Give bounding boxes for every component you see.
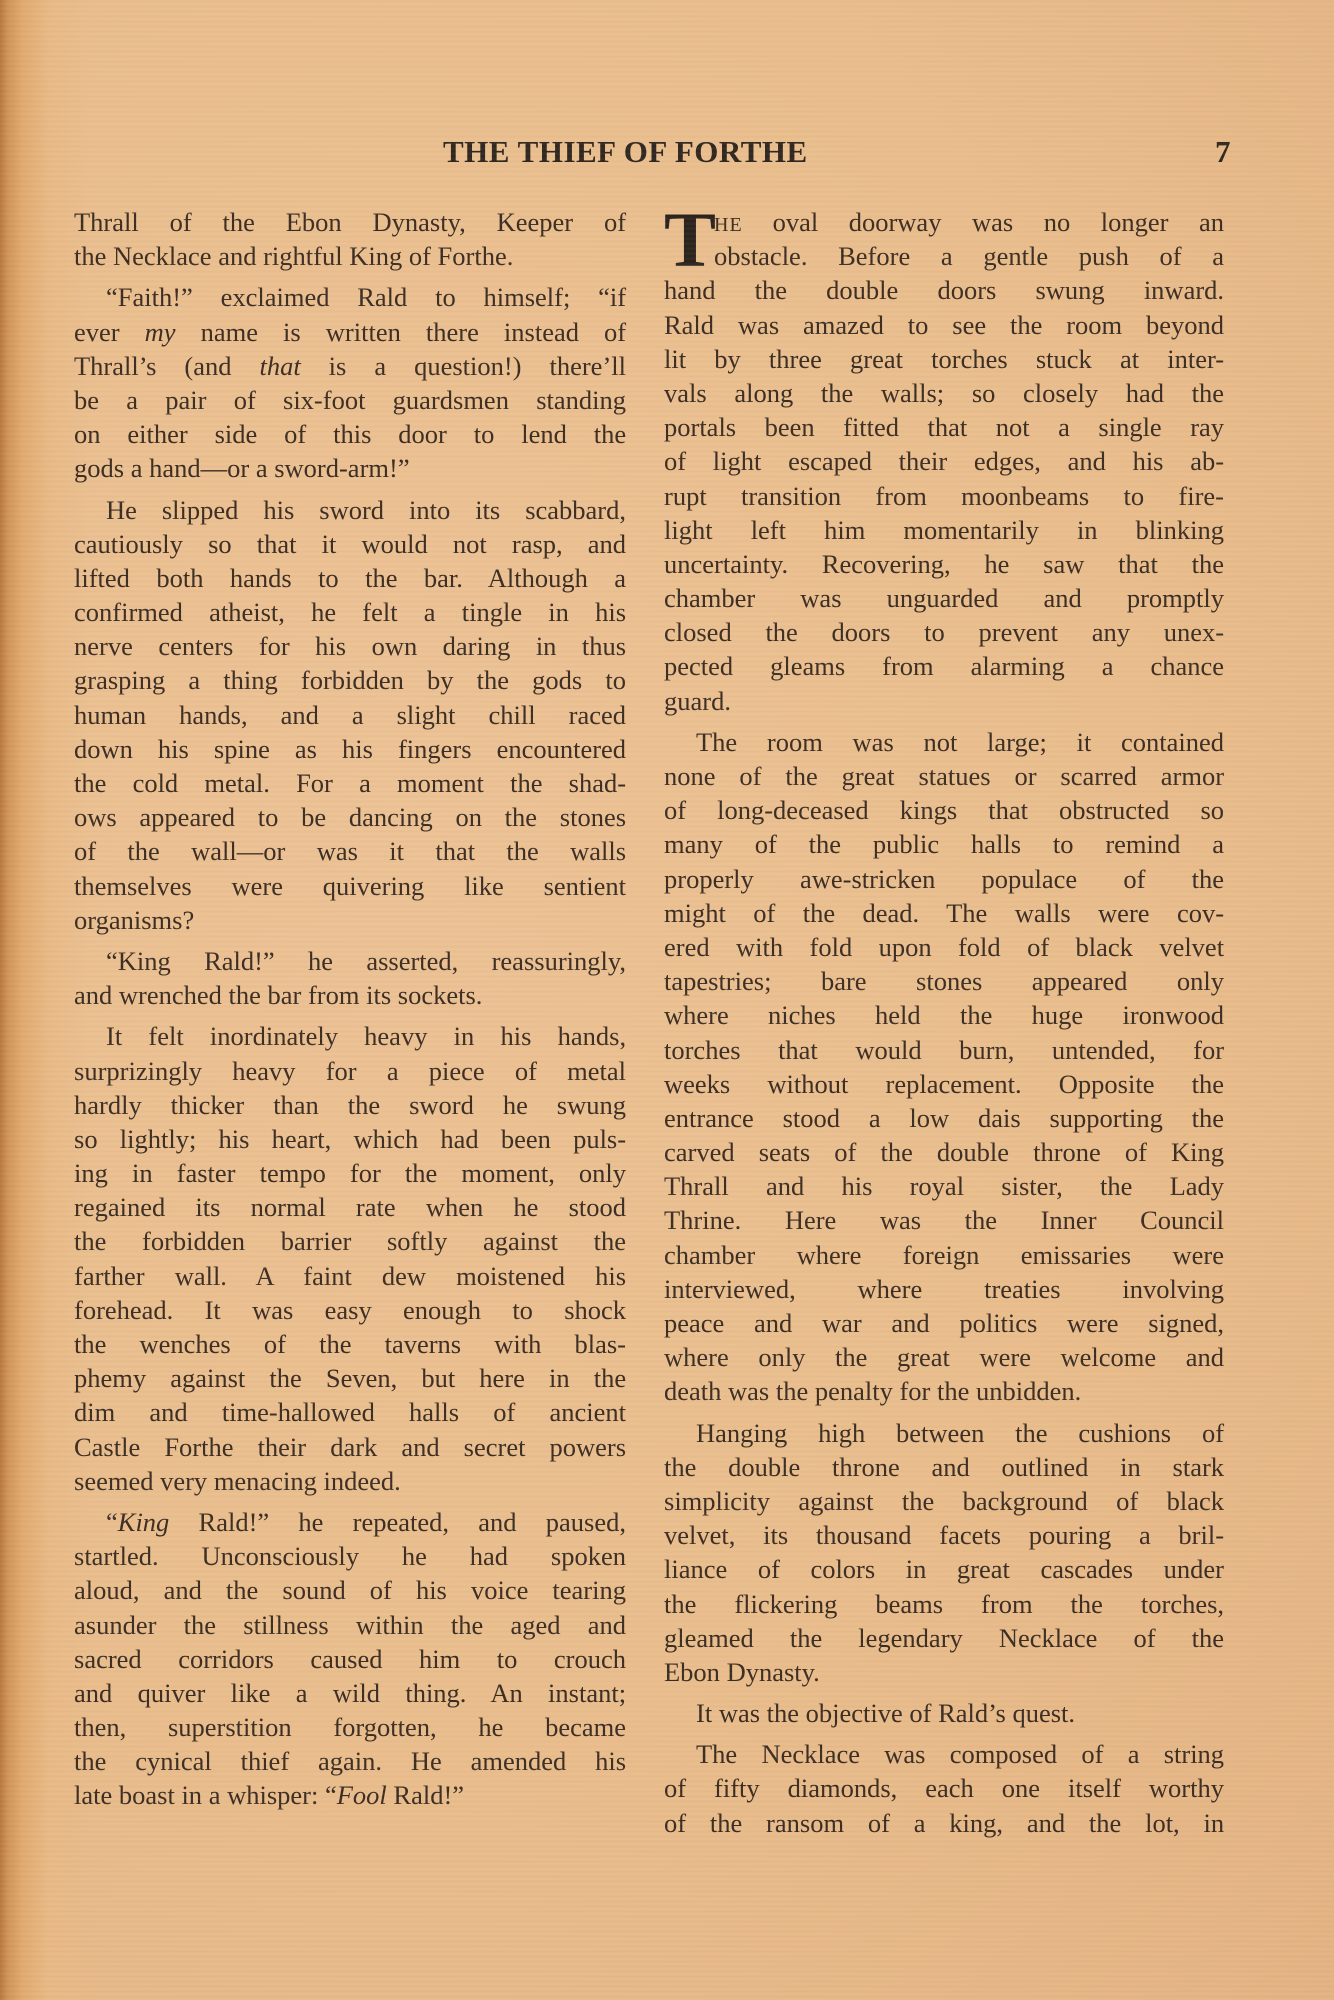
text-line: guard. <box>664 684 1224 718</box>
text-line: down his spine as his fingers encountere… <box>74 732 626 766</box>
text-line: rupt transition from moonbeams to fire- <box>664 479 1224 513</box>
paragraph-spacing <box>664 718 1224 725</box>
text-line: phemy against the Seven, but here in the <box>74 1361 626 1395</box>
left-column: Thrall of the Ebon Dynasty, Keeper ofthe… <box>74 205 626 1813</box>
paragraph: The room was not large; it containednone… <box>664 725 1224 1409</box>
running-head: THE THIEF OF FORTHE 7 <box>0 134 1334 174</box>
paragraph-spacing <box>74 486 626 493</box>
text-line: sacred corridors caused him to crouch <box>74 1642 626 1676</box>
text-line: weeks without replacement. Opposite the <box>664 1067 1224 1101</box>
paragraph: It felt inordinately heavy in his hands,… <box>74 1019 626 1498</box>
paragraph: “Faith!” exclaimed Rald to himself; “ife… <box>74 280 626 485</box>
text-line: where niches held the huge ironwood <box>664 998 1224 1032</box>
text-line: seemed very menacing indeed. <box>74 1464 626 1498</box>
text-line: “King Rald!” he asserted, reassuringly, <box>74 944 626 978</box>
text-line: pected gleams from alarming a chance <box>664 649 1224 683</box>
paragraph-spacing <box>74 1498 626 1505</box>
paragraph: It was the objective of Rald’s quest. <box>664 1696 1224 1730</box>
paragraph: Hanging high between the cushions ofthe … <box>664 1416 1224 1690</box>
paragraph: “King Rald!” he asserted, reassuringly,a… <box>74 944 626 1012</box>
text-line: the forbidden barrier softly against the <box>74 1224 626 1258</box>
text-line: velvet, its thousand facets pouring a br… <box>664 1518 1224 1552</box>
drop-cap: T <box>664 209 716 271</box>
text-line: Castle Forthe their dark and secret powe… <box>74 1430 626 1464</box>
text-line: might of the dead. The walls were cov- <box>664 896 1224 930</box>
italic-emphasis: Fool <box>337 1780 387 1810</box>
text-line: lifted both hands to the bar. Although a <box>74 561 626 595</box>
text-line: hardly thicker than the sword he swung <box>74 1088 626 1122</box>
text-line: and wrenched the bar from its sockets. <box>74 978 626 1012</box>
text-line: the cynical thief again. He amended his <box>74 1744 626 1778</box>
paragraph-spacing <box>74 273 626 280</box>
text-line: the cold metal. For a moment the shad- <box>74 766 626 800</box>
text-line: properly awe-stricken populace of the <box>664 862 1224 896</box>
text-line: gods a hand—or a sword-arm!” <box>74 451 626 485</box>
text-line: dim and time-hallowed halls of ancient <box>74 1395 626 1429</box>
small-caps-lead: HE <box>714 214 773 236</box>
text-line: where only the great were welcome and <box>664 1340 1224 1374</box>
book-page: THE THIEF OF FORTHE 7 Thrall of the Ebon… <box>0 0 1334 2000</box>
right-column: THE oval doorway was no longer anobstacl… <box>664 205 1224 1840</box>
text-line: “King Rald!” he repeated, and paused, <box>74 1505 626 1539</box>
text-line: Thrall of the Ebon Dynasty, Keeper of <box>74 205 626 239</box>
paragraph-spacing <box>664 1730 1224 1737</box>
text-line: lit by three great torches stuck at inte… <box>664 342 1224 376</box>
text-line: aloud, and the sound of his voice tearin… <box>74 1573 626 1607</box>
text-line: cautiously so that it would not rasp, an… <box>74 527 626 561</box>
text-line: Hanging high between the cushions of <box>664 1416 1224 1450</box>
text-line: late boast in a whisper: “Fool Rald!” <box>74 1778 626 1812</box>
italic-emphasis: that <box>259 351 300 381</box>
text-line: It was the objective of Rald’s quest. <box>664 1696 1224 1730</box>
paragraph: Thrall of the Ebon Dynasty, Keeper ofthe… <box>74 205 626 273</box>
text-line: light left him momentarily in blinking <box>664 513 1224 547</box>
text-line: liance of colors in great cascades under <box>664 1552 1224 1586</box>
text-line: Thrall and his royal sister, the Lady <box>664 1169 1224 1203</box>
text-line: the double throne and outlined in stark <box>664 1450 1224 1484</box>
text-line: gleamed the legendary Necklace of the <box>664 1621 1224 1655</box>
text-line: grasping a thing forbidden by the gods t… <box>74 663 626 697</box>
text-line: then, superstition forgotten, he became <box>74 1710 626 1744</box>
text-line: simplicity against the background of bla… <box>664 1484 1224 1518</box>
text-line: portals been fitted that not a single ra… <box>664 410 1224 444</box>
text-line: of long-deceased kings that obstructed s… <box>664 793 1224 827</box>
text-line: ever my name is written there instead of <box>74 315 626 349</box>
text-line: farther wall. A faint dew moistened his <box>74 1259 626 1293</box>
text-line: chamber where foreign emissaries were <box>664 1238 1224 1272</box>
italic-emphasis: my <box>145 317 176 347</box>
text-line: surprizingly heavy for a piece of metal <box>74 1054 626 1088</box>
text-line: vals along the walls; so closely had the <box>664 376 1224 410</box>
text-line: the wenches of the taverns with blas- <box>74 1327 626 1361</box>
text-line: the Necklace and rightful King of Forthe… <box>74 239 626 273</box>
text-line: forehead. It was easy enough to shock <box>74 1293 626 1327</box>
text-line: tapestries; bare stones appeared only <box>664 964 1224 998</box>
paragraph-spacing <box>74 937 626 944</box>
italic-emphasis: King <box>118 1507 170 1537</box>
text-line: startled. Unconsciously he had spoken <box>74 1539 626 1573</box>
text-line: human hands, and a slight chill raced <box>74 698 626 732</box>
text-line: hand the double doors swung inward. <box>664 273 1224 307</box>
paragraph: The Necklace was composed of a stringof … <box>664 1737 1224 1840</box>
text-line: torches that would burn, untended, for <box>664 1033 1224 1067</box>
text-line: The Necklace was composed of a string <box>664 1737 1224 1771</box>
text-line: organisms? <box>74 903 626 937</box>
text-line: uncertainty. Recovering, he saw that the <box>664 547 1224 581</box>
text-line: peace and war and politics were signed, <box>664 1306 1224 1340</box>
text-line: ows appeared to be dancing on the stones <box>74 800 626 834</box>
text-line: The room was not large; it contained <box>664 725 1224 759</box>
text-line: the flickering beams from the torches, <box>664 1587 1224 1621</box>
text-line: “Faith!” exclaimed Rald to himself; “if <box>74 280 626 314</box>
text-line: of fifty diamonds, each one itself worth… <box>664 1771 1224 1805</box>
text-line: closed the doors to prevent any unex- <box>664 615 1224 649</box>
text-line: HE oval doorway was no longer an <box>664 205 1224 239</box>
text-line: be a pair of six-foot guardsmen standing <box>74 383 626 417</box>
text-line: Ebon Dynasty. <box>664 1655 1224 1689</box>
text-line: on either side of this door to lend the <box>74 417 626 451</box>
running-title: THE THIEF OF FORTHE <box>443 134 808 170</box>
text-line: of light escaped their edges, and his ab… <box>664 444 1224 478</box>
text-line: death was the penalty for the unbidden. <box>664 1374 1224 1408</box>
paragraph: “King Rald!” he repeated, and paused,sta… <box>74 1505 626 1813</box>
text-line: carved seats of the double throne of Kin… <box>664 1135 1224 1169</box>
text-line: obstacle. Before a gentle push of a <box>664 239 1224 273</box>
text-line: nerve centers for his own daring in thus <box>74 629 626 663</box>
text-line: confirmed atheist, he felt a tingle in h… <box>74 595 626 629</box>
text-line: of the wall—or was it that the walls <box>74 834 626 868</box>
text-line: interviewed, where treaties involving <box>664 1272 1224 1306</box>
paragraph: THE oval doorway was no longer anobstacl… <box>664 205 1224 718</box>
paragraph-spacing <box>664 1409 1224 1416</box>
text-line: chamber was unguarded and promptly <box>664 581 1224 615</box>
text-line: many of the public halls to remind a <box>664 827 1224 861</box>
text-line: Thrine. Here was the Inner Council <box>664 1203 1224 1237</box>
text-line: themselves were quivering like sentient <box>74 869 626 903</box>
text-line: asunder the stillness within the aged an… <box>74 1608 626 1642</box>
paragraph-spacing <box>74 1012 626 1019</box>
paragraph-spacing <box>664 1689 1224 1696</box>
text-line: ered with fold upon fold of black velvet <box>664 930 1224 964</box>
text-line: He slipped his sword into its scabbard, <box>74 493 626 527</box>
text-line: and quiver like a wild thing. An instant… <box>74 1676 626 1710</box>
text-line: of the ransom of a king, and the lot, in <box>664 1806 1224 1840</box>
page-number: 7 <box>1215 134 1231 170</box>
text-line: ing in faster tempo for the moment, only <box>74 1156 626 1190</box>
text-line: entrance stood a low dais supporting the <box>664 1101 1224 1135</box>
text-line: regained its normal rate when he stood <box>74 1190 626 1224</box>
text-line: Thrall’s (and that is a question!) there… <box>74 349 626 383</box>
text-line: so lightly; his heart, which had been pu… <box>74 1122 626 1156</box>
text-line: Rald was amazed to see the room beyond <box>664 308 1224 342</box>
text-line: It felt inordinately heavy in his hands, <box>74 1019 626 1053</box>
paragraph: He slipped his sword into its scabbard,c… <box>74 493 626 937</box>
text-line: none of the great statues or scarred arm… <box>664 759 1224 793</box>
